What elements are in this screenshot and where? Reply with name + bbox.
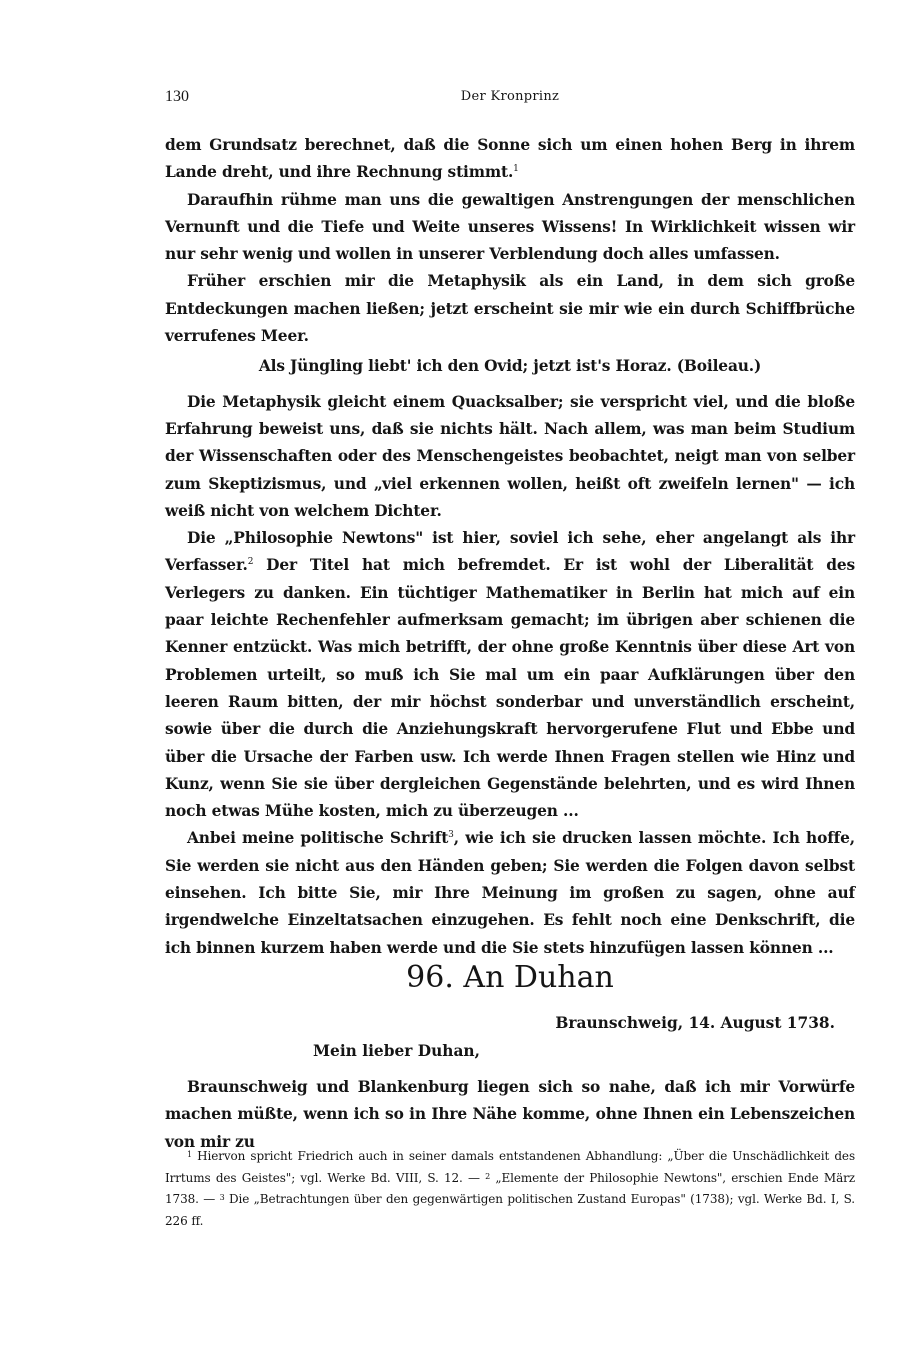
paragraph: Anbei meine politische Schrift3, wie ich… — [165, 825, 855, 961]
footnote-ref-1: 1 — [513, 164, 519, 174]
letter-salutation: Mein lieber Duhan, — [313, 1042, 480, 1060]
footnote-3: Die „Betrachtungen über den gegenwärtige… — [165, 1192, 855, 1228]
paragraph: Braunschweig und Blankenburg liegen sich… — [165, 1074, 855, 1156]
footnotes: 1 Hiervon spricht Friedrich auch in sein… — [165, 1146, 855, 1232]
running-head: 130 Der Kronprinz — [165, 88, 855, 110]
footnote-ref-2: 2 — [248, 557, 254, 567]
letter-dateline: Braunschweig, 14. August 1738. — [555, 1014, 835, 1032]
verse-quote: Als Jüngling liebt' ich den Ovid; jetzt … — [165, 353, 855, 380]
footnote-ref-3: 3 — [448, 830, 454, 840]
paragraph: Die „Philosophie Newtons" ist hier, sovi… — [165, 525, 855, 825]
paragraph: Früher erschien mir die Metaphysik als e… — [165, 268, 855, 350]
paragraph: Daraufhin rühme man uns die gewaltigen A… — [165, 187, 855, 269]
body-text: dem Grundsatz berechnet, daß die Sonne s… — [165, 132, 855, 962]
running-title: Der Kronprinz — [165, 89, 855, 104]
paragraph-continued: dem Grundsatz berechnet, daß die Sonne s… — [165, 132, 855, 187]
letter-heading: 96. An Duhan — [165, 960, 855, 995]
paragraph: Die Metaphysik gleicht einem Quacksalber… — [165, 389, 855, 525]
letter-body: Braunschweig und Blankenburg liegen sich… — [165, 1074, 855, 1156]
footnote-block: 1 Hiervon spricht Friedrich auch in sein… — [165, 1146, 855, 1232]
